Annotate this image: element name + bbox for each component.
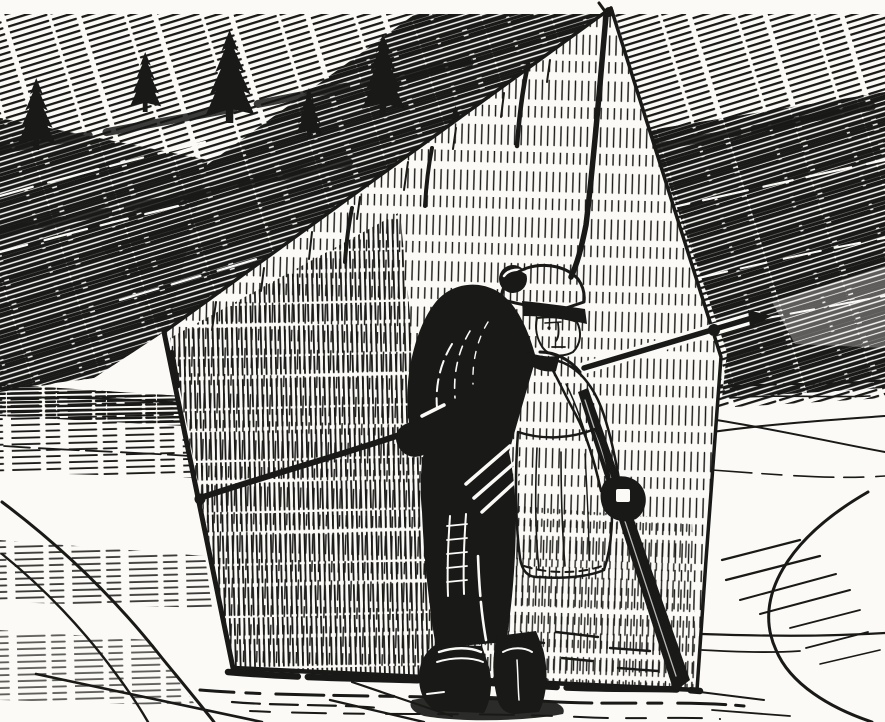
ice-line <box>702 650 800 652</box>
horizon-line <box>716 420 885 452</box>
left-boot <box>419 644 491 713</box>
shore-hatching-mid <box>0 540 212 608</box>
illustration-canvas: Skate-sailing on a frozen lake — black-a… <box>0 0 885 722</box>
mast-head-joint <box>604 7 614 17</box>
glove-highlight <box>616 489 630 502</box>
engraving-illustration: Skate-sailing on a frozen lake — black-a… <box>0 0 885 722</box>
ice-surface-right <box>700 380 885 722</box>
right-boot <box>493 631 546 714</box>
boom-sail-joint <box>708 324 720 336</box>
shore-hatching-low <box>0 630 196 706</box>
spar-attach-joint <box>195 494 206 505</box>
ice-scratches <box>700 540 880 716</box>
horizon-line <box>712 470 885 477</box>
